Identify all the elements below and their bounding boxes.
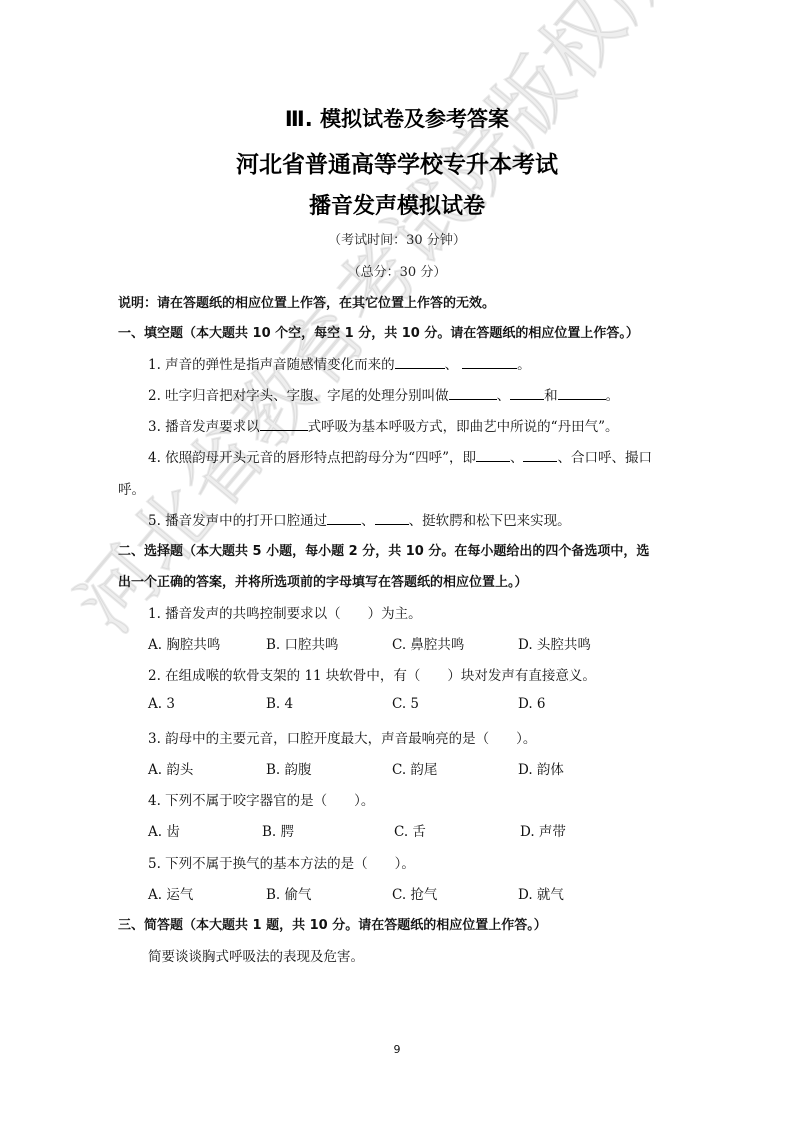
answer-blank xyxy=(375,512,409,525)
choice-question-5: 5. 下列不属于换气的基本方法的是（ ）。 xyxy=(148,852,415,872)
answer-blank xyxy=(260,418,308,431)
instructions: 说明：请在答题纸的相应位置上作答，在其它位置上作答的无效。 xyxy=(118,292,495,311)
section3-heading: 三、简答题（本大题共 1 题，共 10 分。请在答题纸的相应位置上作答。） xyxy=(118,914,547,933)
exam-time: （考试时间：30 分钟） xyxy=(0,229,794,248)
total-score: （总分：30 分） xyxy=(0,261,794,280)
option-c: C. 鼻腔共鸣 xyxy=(392,633,464,653)
answer-blank xyxy=(462,356,517,369)
section1-heading: 一、填空题（本大题共 10 个空，每空 1 分，共 10 分。请在答题纸的相应位… xyxy=(118,322,639,341)
answer-blank xyxy=(510,387,544,400)
fill-question-5: 5. 播音发声中的打开口腔通过、、挺软腭和松下巴来实现。 xyxy=(148,509,571,529)
option-a: A. 齿 xyxy=(148,820,180,840)
option-c: C. 5 xyxy=(392,696,419,712)
option-b: B. 偷气 xyxy=(266,883,312,903)
exam-title: 河北省普通高等学校专升本考试 xyxy=(0,146,794,179)
option-d: D. 声带 xyxy=(520,820,566,840)
fill-question-4: 4. 依照韵母开头元音的唇形特点把韵母分为“四呼”，即、、合口呼、撮口 xyxy=(148,446,652,466)
fill-question-2: 2. 吐字归音把对字头、字腹、字尾的处理分别叫做、和。 xyxy=(148,384,619,404)
option-d: D. 韵体 xyxy=(518,758,564,778)
option-b: B. 4 xyxy=(266,696,293,712)
option-c: C. 抢气 xyxy=(392,883,437,903)
option-a: A. 3 xyxy=(148,696,175,712)
option-b: B. 腭 xyxy=(262,820,294,840)
choice-question-4: 4. 下列不属于咬字器官的是（ ）。 xyxy=(148,789,374,809)
fill-question-3: 3. 播音发声要求以式呼吸为基本呼吸方式，即曲艺中所说的“丹田气”。 xyxy=(148,415,618,435)
section2-heading: 二、选择题（本大题共 5 小题，每小题 2 分，共 10 分。在每小题给出的四个… xyxy=(118,540,649,559)
section2-heading-continued: 出一个正确的答案，并将所选项前的字母填写在答题纸的相应位置上。） xyxy=(118,571,528,590)
choice-question-3: 3. 韵母中的主要元音，口腔开度最大，声音最响亮的是（ ）。 xyxy=(148,727,536,747)
answer-blank xyxy=(449,387,497,400)
paper-title: 播音发声模拟试卷 xyxy=(0,189,794,220)
answer-blank xyxy=(558,387,606,400)
answer-blank xyxy=(523,449,557,462)
document-page: 河北省教育考试院版权所有 Ⅲ. 模拟试卷及参考答案 河北省普通高等学校专升本考试… xyxy=(0,0,794,1123)
option-b: B. 韵腹 xyxy=(266,758,312,778)
option-d: D. 6 xyxy=(518,696,546,712)
option-a: A. 运气 xyxy=(148,883,193,903)
answer-blank xyxy=(476,449,510,462)
answer-blank xyxy=(327,512,361,525)
fill-question-4-continued: 呼。 xyxy=(118,478,145,498)
option-a: A. 胸腔共鸣 xyxy=(148,633,220,653)
short-answer-question: 简要谈谈胸式呼吸法的表现及危害。 xyxy=(148,945,364,965)
option-d: D. 头腔共鸣 xyxy=(518,633,591,653)
option-d: D. 就气 xyxy=(518,883,564,903)
option-a: A. 韵头 xyxy=(148,758,193,778)
option-c: C. 舌 xyxy=(394,820,426,840)
choice-question-2: 2. 在组成喉的软骨支架的 11 块软骨中，有（ ）块对发声有直接意义。 xyxy=(148,664,596,684)
fill-question-1: 1. 声音的弹性是指声音随感情变化而来的、。 xyxy=(148,353,531,373)
option-b: B. 口腔共鸣 xyxy=(266,633,339,653)
answer-blank xyxy=(395,356,445,369)
page-number: 9 xyxy=(0,1043,794,1056)
option-c: C. 韵尾 xyxy=(392,758,437,778)
section-title: Ⅲ. 模拟试卷及参考答案 xyxy=(0,103,794,133)
choice-question-1: 1. 播音发声的共鸣控制要求以（ ）为主。 xyxy=(148,602,422,622)
